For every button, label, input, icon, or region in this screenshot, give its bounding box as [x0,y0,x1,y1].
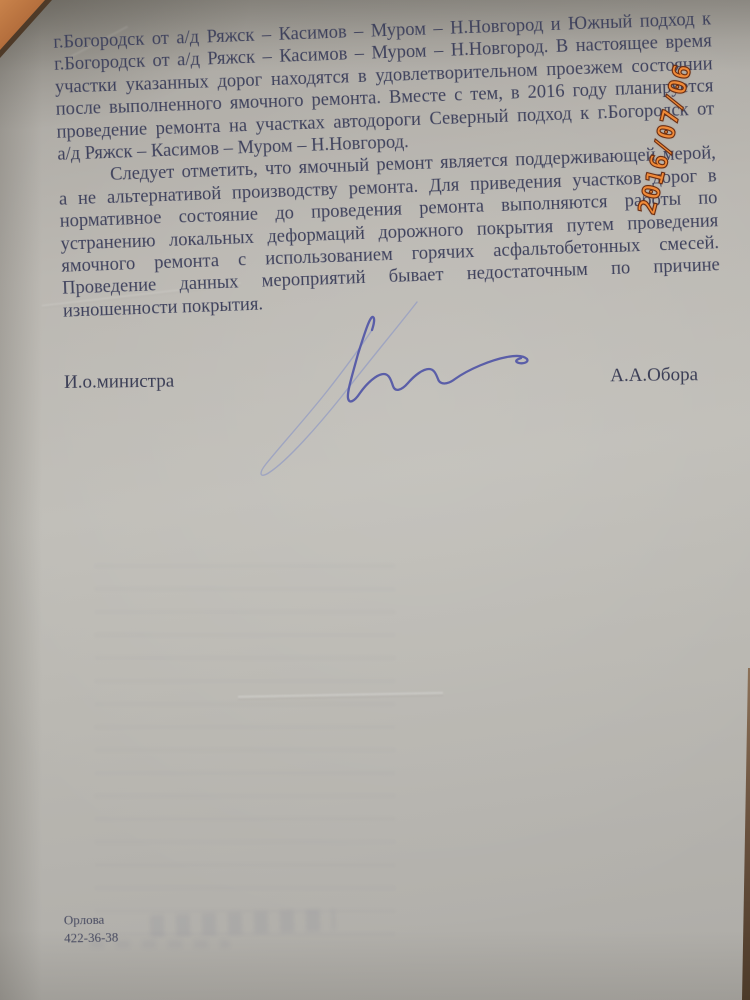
paper-left-shadow [0,0,42,1000]
executor-contact: Орлова 422-36-38 [64,911,119,947]
paper-right-edge [742,668,750,1000]
photographed-document: г.Богородск от а/д Ряжск – Касимов – Мур… [0,0,750,1000]
signatory-name: А.А.Обора [610,364,718,387]
signatory-role-label: И.о.министра [58,371,174,394]
executor-phone: 422-36-38 [64,928,118,946]
executor-name: Орлова [64,911,118,929]
document-body-text: г.Богородск от а/д Ряжск – Касимов – Мур… [53,8,721,323]
handwritten-signature-ink [230,290,560,530]
ghost-showthrough-text [95,565,395,935]
